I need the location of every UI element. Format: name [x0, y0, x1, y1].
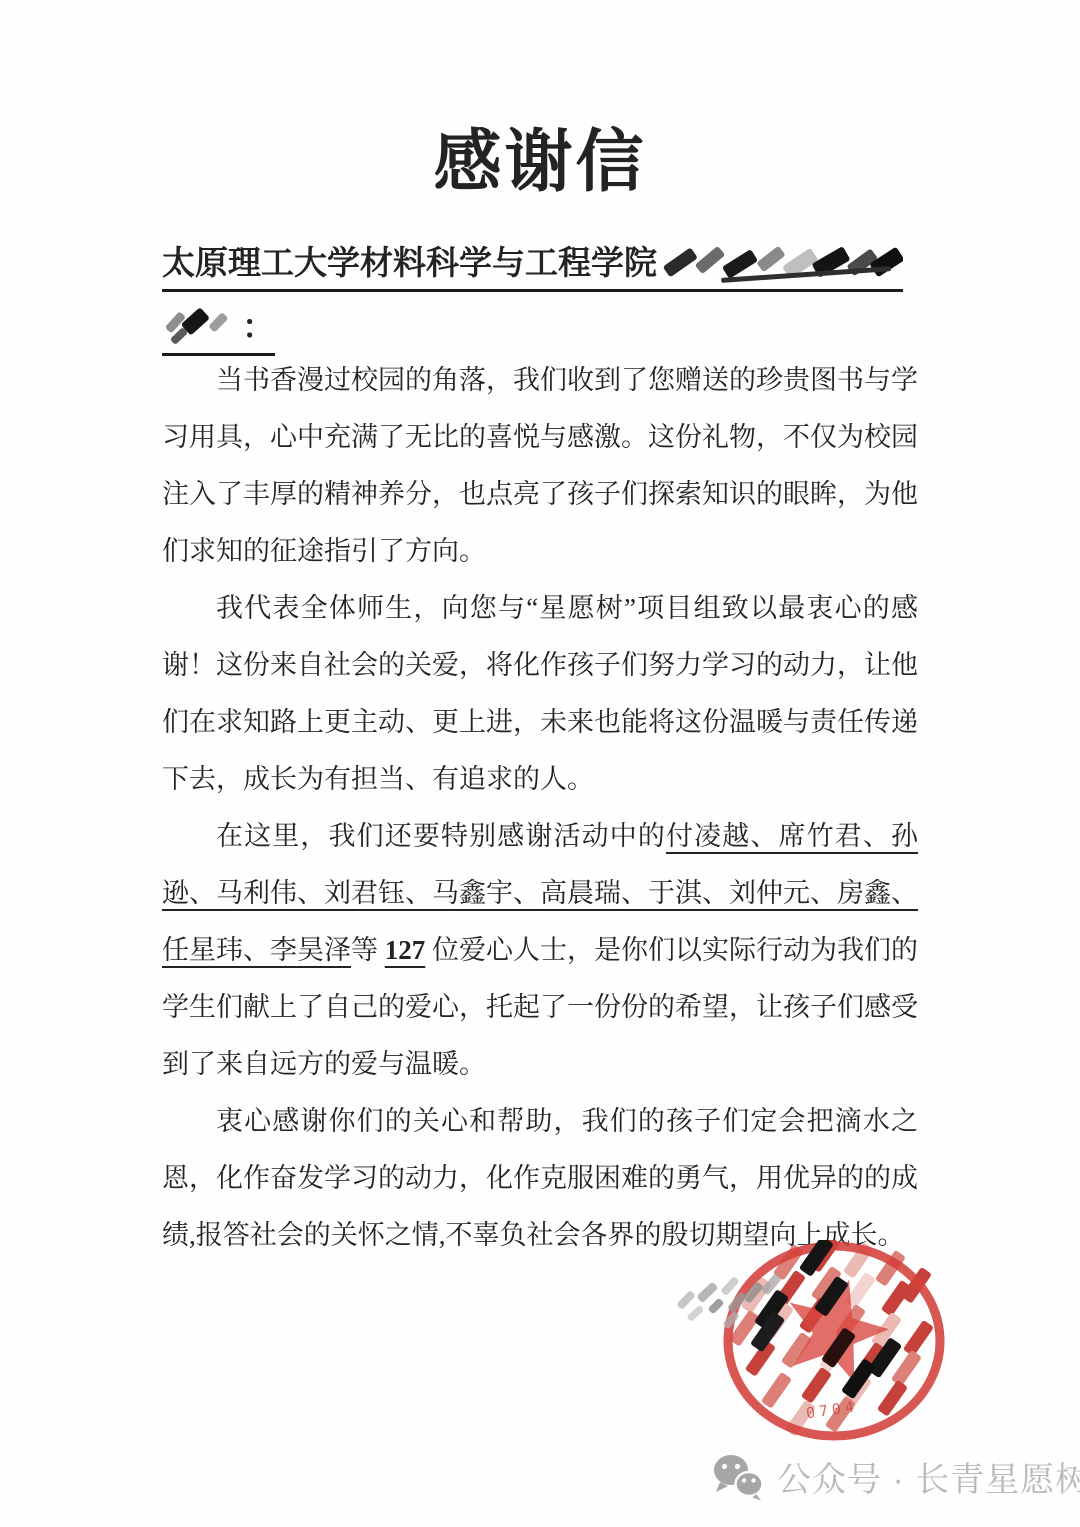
thanks-prefix: 在这里，我们还要特别感谢活动中的 — [216, 821, 666, 851]
thank-you-letter-page: 感谢信 太原理工大学材料科学与工程学院 — [0, 0, 1080, 1527]
paragraph-on-behalf: 我代表全体师生，向您与“星愿树”项目组致以最衷心的感谢！这份来自社会的关爱，将化… — [162, 580, 918, 808]
letter-title: 感谢信 — [0, 122, 1080, 204]
redaction-scribble-icon — [661, 244, 903, 284]
salutation-line-2: ： — [162, 306, 275, 356]
donor-count: 127 — [385, 935, 426, 965]
redaction-scribble-icon — [162, 306, 236, 348]
red-seal-stamp: 0704 — [718, 1240, 954, 1446]
wechat-icon — [712, 1453, 764, 1501]
thanks-mid: 等 — [351, 935, 385, 965]
paragraph-gratitude: 当书香漫过校园的角落，我们收到了您赠送的珍贵图书与学习用具，心中充满了无比的喜悦… — [162, 352, 918, 580]
paragraph-closing: 衷心感谢你们的关心和帮助，我们的孩子们定会把滴水之恩，化作奋发学习的动力，化作克… — [162, 1093, 918, 1264]
watermark-footer: 公众号 · 长青星愿树 — [712, 1452, 1080, 1501]
watermark-text: 公众号 · 长青星愿树 — [777, 1452, 1080, 1501]
paragraph-acknowledgement: 在这里，我们还要特别感谢活动中的付凌越、席竹君、孙逊、马利伟、刘君钰、马鑫宇、高… — [162, 808, 918, 1093]
salutation-organization: 太原理工大学材料科学与工程学院 — [162, 246, 657, 284]
letter-body: 当书香漫过校园的角落，我们收到了您赠送的珍贵图书与学习用具，心中充满了无比的喜悦… — [162, 352, 918, 1264]
salutation-line-1: 太原理工大学材料科学与工程学院 — [162, 244, 903, 292]
salutation-colon: ： — [242, 310, 275, 348]
